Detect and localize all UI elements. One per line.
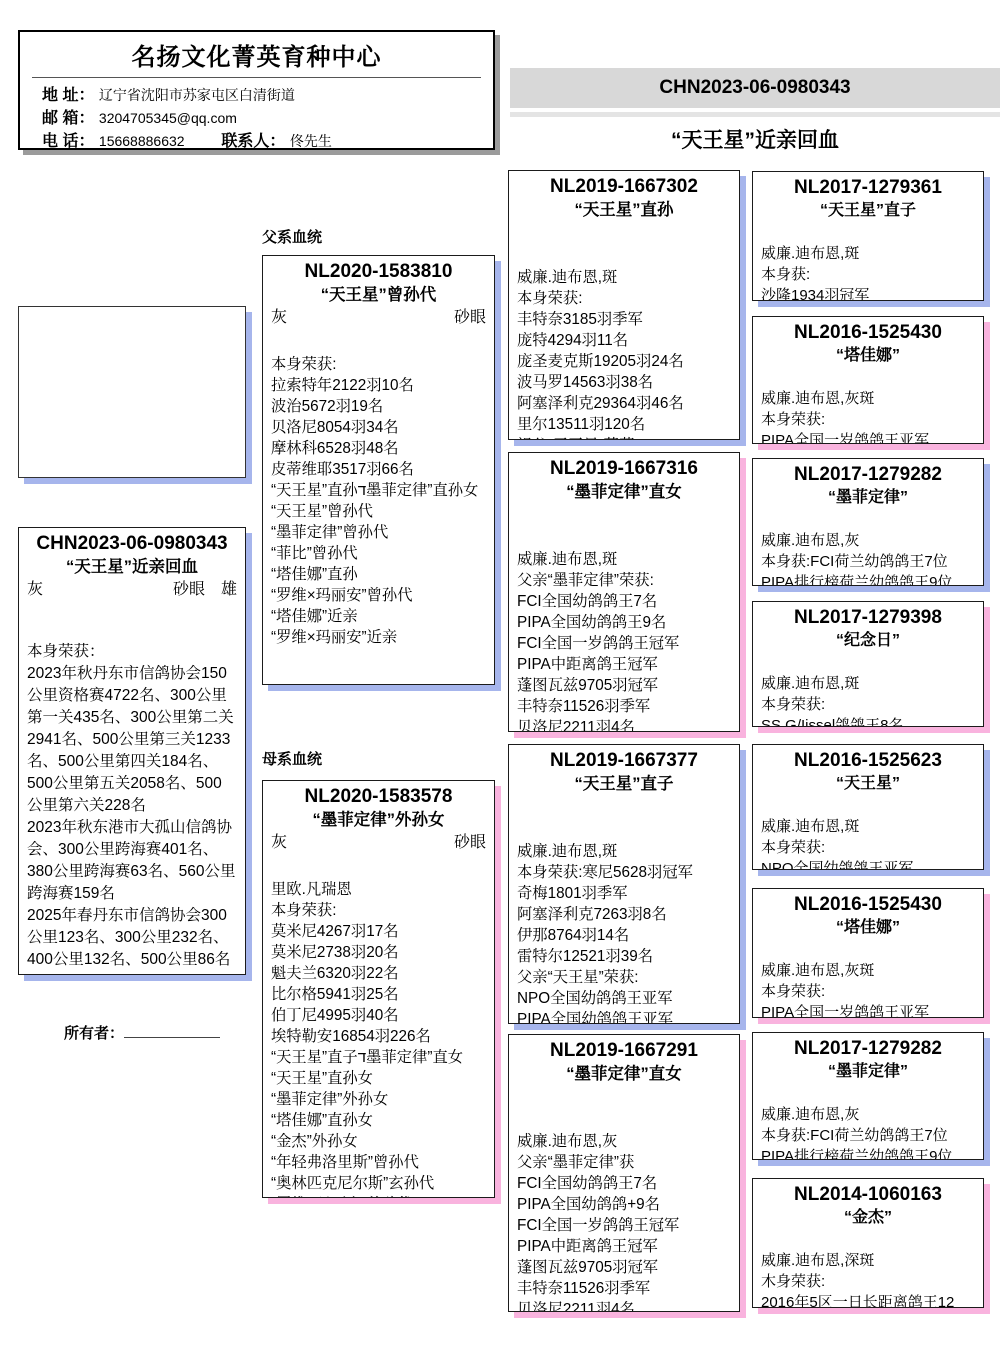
pedigree-line: 本身荣获: <box>271 354 486 375</box>
pedigree-line: PIPA全国一岁鸽鸽王亚军 <box>761 1002 975 1018</box>
pedigree-line: 本身获:FCI荷兰幼鸽鸽王7位 <box>761 1125 975 1146</box>
pedigree-box-great_grandparents-0: NL2017-1279361 “天王星”直子 威廉.迪布恩,斑本身获:沙隆193… <box>752 171 984 301</box>
achievements: 威廉.迪布恩,斑本身荣获:SS.G/Ijssel鸽鸽王8名 <box>761 673 975 727</box>
achievements: 威廉.迪布恩,灰父亲“墨菲定律”获FCI全国幼鸽鸽王7名PIPA全国幼鸽鸽+9名… <box>517 1131 731 1312</box>
pedigree-line: 本身荣获： <box>27 641 237 663</box>
loft-title: 名扬文化菁英育种中心 <box>20 32 493 72</box>
contact-label: 联系人： <box>221 133 285 150</box>
pedigree-line: 丰特奈3185羽季军 <box>517 309 731 330</box>
pedigree-box-father: NL2020-1583810 “天王星”曾孙代 灰 砂眼 本身荣获:拉索特年21… <box>262 255 495 685</box>
pedigree-line: 本身荣获: <box>761 981 975 1002</box>
pedigree-box-great_grandparents-3: NL2017-1279398 “纪念日” 威廉.迪布恩,斑本身荣获:SS.G/I… <box>752 601 984 727</box>
pedigree-line: 贝洛尼2211羽4名 <box>517 1299 731 1312</box>
pedigree-line: 阿塞泽利克29364羽46名 <box>517 393 731 414</box>
pedigree-line: 本身荣获:寒尼5628羽冠军 <box>517 862 731 883</box>
achievements: 威廉.迪布恩,深斑木身荣获:2016年5区一日长距离鸽王12 <box>761 1250 975 1308</box>
pedigree-line: 庞圣麦克斯19205羽24名 <box>517 351 731 372</box>
pedigree-line: 伊那8764羽14名 <box>517 925 731 946</box>
pedigree-line: 奇梅1801羽季军 <box>517 883 731 904</box>
achievements: 威廉.迪布恩,斑本身荣获:丰特奈3185羽季军庞特4294羽11名庞圣麦克斯19… <box>517 267 731 440</box>
paternal-branch-label: 父系血统 <box>262 226 322 247</box>
ring-number: NL2014-1060163 <box>761 1183 975 1207</box>
bird-name: “天王星”直子 <box>761 200 975 222</box>
pedigree-box-great_grandparents-7: NL2014-1060163 “金杰” 威廉.迪布恩,深斑木身荣获:2016年5… <box>752 1178 984 1308</box>
pedigree-box-mother: NL2020-1583578 “墨菲定律”外孙女 灰 砂眼 里欧.凡瑞恩本身荣获… <box>262 780 495 1198</box>
pedigree-line: 父亲“墨菲定律”荣获: <box>517 570 731 591</box>
pedigree-line: 木身荣获: <box>761 1271 975 1292</box>
pedigree-line: “年轻弗洛里斯”曾孙代 <box>271 1152 486 1173</box>
address-row: 地 址： 辽宁省沈阳市苏家屯区白清街道 <box>20 84 493 107</box>
pedigree-line: 莫米尼2738羽20名 <box>271 942 486 963</box>
achievements: 威廉.迪布恩,斑本身荣获:NPO全国幼鸽鸽王亚军 <box>761 816 975 870</box>
email-value: 3204705345@qq.com <box>99 110 237 126</box>
pedigree-line: 沙隆1934羽冠军 <box>761 285 975 301</box>
pedigree-line: 本身获:FCI荷兰幼鸽鸽王7位 <box>761 551 975 572</box>
pedigree-line: 本身获: <box>761 264 975 285</box>
ring-number: CHN2023-06-0980343 <box>27 532 237 556</box>
pedigree-line: 父亲“墨菲定律”获 <box>517 1152 731 1173</box>
pedigree-line: 本身荣获: <box>761 837 975 858</box>
pedigree-line: 伯丁尼4995羽40名 <box>271 1005 486 1026</box>
ring-number: NL2020-1583810 <box>271 260 486 284</box>
pedigree-line: 摩林科6528羽48名 <box>271 438 486 459</box>
pedigree-line: “塔佳娜”直孙女 <box>271 1110 486 1131</box>
pedigree-line: “塔佳娜”直孙 <box>271 564 486 585</box>
pedigree-line: “墨菲定律”曾孙代 <box>271 522 486 543</box>
ring-number: NL2017-1279398 <box>761 606 975 630</box>
pedigree-line: PIPA全国幼鸽鸽王亚军 <box>517 1009 731 1024</box>
pedigree-line: 莫米尼4267羽17名 <box>271 921 486 942</box>
phone-value: 15668886632 <box>99 130 217 153</box>
pedigree-line: 庞特4294羽11名 <box>517 330 731 351</box>
pedigree-line: “菲比”曾孙代 <box>271 543 486 564</box>
pedigree-line: “塔佳娜”近亲 <box>271 606 486 627</box>
bird-name: “塔佳娜” <box>761 917 975 939</box>
pedigree-line: 本身荣获: <box>271 900 486 921</box>
pedigree-line: 魁夫兰6320羽22名 <box>271 963 486 984</box>
pedigree-box-subject: CHN2023-06-0980343 “天王星”近亲回血 灰 砂眼 雄 本身荣获… <box>18 527 246 975</box>
pedigree-line: 威廉.迪布恩,灰 <box>761 1104 975 1125</box>
pedigree-box-grandparents-3: NL2019-1667291 “墨菲定律”直女 威廉.迪布恩,灰父亲“墨菲定律”… <box>508 1034 740 1312</box>
pedigree-line: 威廉.迪布恩,深斑 <box>761 1250 975 1271</box>
feather-color: 灰 <box>271 832 287 854</box>
pedigree-line: PIPA全国幼鸽鸽王9名 <box>517 612 731 633</box>
pedigree-line: 拉索特年2122羽10名 <box>271 375 486 396</box>
ring-number-bar: CHN2023-06-0980343 <box>510 68 1000 108</box>
pedigree-line: SS.G/Ijssel鸽鸽王8名 <box>761 715 975 727</box>
eye-color: 砂眼 雄 <box>173 579 237 601</box>
pedigree-line: 威廉.迪布恩,斑 <box>761 673 975 694</box>
photo-placeholder <box>18 306 246 478</box>
ring-number: NL2017-1279282 <box>761 1037 975 1061</box>
pedigree-box-grandparents-1: NL2019-1667316 “墨菲定律”直女 威廉.迪布恩,斑父亲“墨菲定律”… <box>508 452 740 732</box>
owner-label: 所有者： <box>64 1025 124 1042</box>
bird-name: “墨菲定律” <box>761 1061 975 1083</box>
email-label: 邮 箱： <box>42 110 94 127</box>
pedigree-line: 本身荣获: <box>517 288 731 309</box>
loft-header: 名扬文化菁英育种中心 地 址： 辽宁省沈阳市苏家屯区白清街道 邮 箱： 3204… <box>18 30 495 150</box>
achievements: 里欧.凡瑞恩本身荣获:莫米尼4267羽17名莫米尼2738羽20名魁夫兰6320… <box>271 879 486 1198</box>
pedigree-line: 威廉.迪布恩,灰 <box>761 530 975 551</box>
pedigree-line: 父亲“天王星”荣获: <box>517 967 731 988</box>
pedigree-line: 威廉.迪布恩,斑 <box>517 841 731 862</box>
pedigree-line: PIPA排行榜荷兰幼鸽鸽王9位 <box>761 1146 975 1160</box>
pedigree-line: PIPA中距离鸽王冠军 <box>517 654 731 675</box>
bird-name: “天王星” <box>761 773 975 795</box>
phone-label: 电 话： <box>42 133 94 150</box>
address-value: 辽宁省沈阳市苏家屯区白清街道 <box>99 87 295 103</box>
pedigree-line: 威廉.迪布恩,斑 <box>517 267 731 288</box>
bird-name: “墨菲定律” <box>761 487 975 509</box>
pedigree-line: 2016年5区一日长距离鸽王12 <box>761 1292 975 1308</box>
pedigree-line: 丰特奈11526羽季军 <box>517 1278 731 1299</box>
achievements: 本身荣获:拉索特年2122羽10名波治5672羽19名贝洛尼8054羽34名摩林… <box>271 354 486 648</box>
pedigree-line: 里欧.凡瑞恩 <box>271 879 486 900</box>
ring-number: NL2017-1279361 <box>761 176 975 200</box>
pedigree-line: NPO全国幼鸽鸽王亚军 <box>761 858 975 870</box>
pedigree-line: 祖父“天王星”荣获: <box>517 435 731 440</box>
pedigree-line: 威廉.迪布恩,斑 <box>761 243 975 264</box>
pedigree-line: 本身荣获: <box>761 409 975 430</box>
pedigree-line: FCI全国一岁鸽鸽王冠军 <box>517 633 731 654</box>
color-eye-row: 灰 砂眼 <box>271 307 486 329</box>
bird-name: “金杰” <box>761 1207 975 1229</box>
pedigree-box-great_grandparents-4: NL2016-1525623 “天王星” 威廉.迪布恩,斑本身荣获:NPO全国幼… <box>752 744 984 870</box>
ring-number: NL2019-1667302 <box>517 175 731 199</box>
achievements: 威廉.迪布恩,斑本身获:沙隆1934羽冠军 <box>761 243 975 301</box>
pedigree-line: PIPA排行榜荷兰幼鸽鸽王9位 <box>761 572 975 586</box>
achievements: 本身荣获：2023年秋丹东市信鸽协会150公里资格赛4722名、300公里第一关… <box>27 641 237 971</box>
pedigree-line: 比尔格5941羽25名 <box>271 984 486 1005</box>
pedigree-line: “罗维×玛丽安”曾孙代 <box>271 1194 486 1198</box>
pedigree-line: “天王星”直子ד墨菲定律”直女 <box>271 1047 486 1068</box>
pedigree-line: 本身荣获: <box>761 694 975 715</box>
pedigree-line: 里尔13511羽120名 <box>517 414 731 435</box>
ring-number: NL2019-1667291 <box>517 1039 731 1063</box>
pedigree-line: FCI全国一岁鸽鸽王冠军 <box>517 1215 731 1236</box>
pedigree-line: 2023年秋东港市大孤山信鸽协会、300公里跨海赛401名、380公里跨海赛63… <box>27 817 237 905</box>
pedigree-box-great_grandparents-2: NL2017-1279282 “墨菲定律” 威廉.迪布恩,灰本身获:FCI荷兰幼… <box>752 458 984 586</box>
bird-name: “天王星”直子 <box>517 773 731 795</box>
achievements: 威廉.迪布恩,斑本身荣获:寒尼5628羽冠军奇梅1801羽季军阿塞泽利克7263… <box>517 841 731 1024</box>
pedigree-certificate: 名扬文化菁英育种中心 地 址： 辽宁省沈阳市苏家屯区白清街道 邮 箱： 3204… <box>0 0 1006 1366</box>
address-label: 地 址： <box>42 87 94 104</box>
pedigree-line: FCI全国幼鸽鸽王7名 <box>517 1173 731 1194</box>
bird-name: “塔佳娜” <box>761 345 975 367</box>
ring-number: NL2019-1667377 <box>517 749 731 773</box>
pedigree-line: 埃特勒安16854羽226名 <box>271 1026 486 1047</box>
pedigree-line: 威廉.迪布恩,灰 <box>517 1131 731 1152</box>
pedigree-line: 雷特尔12521羽39名 <box>517 946 731 967</box>
pedigree-box-great_grandparents-1: NL2016-1525430 “塔佳娜” 威廉.迪布恩,灰斑本身荣获:PIPA全… <box>752 316 984 444</box>
achievements: 威廉.迪布恩,灰本身获:FCI荷兰幼鸽鸽王7位PIPA排行榜荷兰幼鸽鸽王9位 <box>761 1104 975 1160</box>
bird-name: “天王星”直孙 <box>517 199 731 221</box>
owner-row: 所有者： <box>64 1022 220 1043</box>
owner-blank-line <box>124 1023 220 1038</box>
pedigree-box-great_grandparents-5: NL2016-1525430 “塔佳娜” 威廉.迪布恩,灰斑本身荣获:PIPA全… <box>752 888 984 1018</box>
pedigree-line: 2025年春丹东市信鸽协会300公里123名、300公里232名、400公里13… <box>27 905 237 971</box>
phone-row: 电 话： 15668886632 联系人： 佟先生 <box>20 130 493 153</box>
ring-number: NL2020-1583578 <box>271 785 486 809</box>
pedigree-line: 蓬图瓦兹9705羽冠军 <box>517 675 731 696</box>
bird-name: “墨菲定律”外孙女 <box>271 809 486 831</box>
eye-color: 砂眼 <box>454 307 486 329</box>
pedigree-line: NPO全国幼鸽鸽王亚军 <box>517 988 731 1009</box>
pedigree-box-grandparents-2: NL2019-1667377 “天王星”直子 威廉.迪布恩,斑本身荣获:寒尼56… <box>508 744 740 1024</box>
achievements: 威廉.迪布恩,灰斑本身荣获:PIPA全国一岁鸽鸽王亚军 <box>761 960 975 1018</box>
pedigree-line: “金杰”外孙女 <box>271 1131 486 1152</box>
pedigree-line: PIPA全国一岁鸽鸽王亚军 <box>761 430 975 444</box>
pedigree-line: 2023年秋丹东市信鸽协会150公里资格赛4722名、300公里第一关435名、… <box>27 663 237 817</box>
pedigree-line: 皮蒂维耶3517羽66名 <box>271 459 486 480</box>
pedigree-line: “天王星”直孙ד墨菲定律”直孙女 <box>271 480 486 501</box>
bird-name: “墨菲定律”直女 <box>517 481 731 503</box>
pedigree-line: 贝洛尼2211羽4名 <box>517 717 731 732</box>
color-eye-row: 灰 砂眼 <box>271 832 486 854</box>
pedigree-line: “罗维×玛丽安”曾孙代 <box>271 585 486 606</box>
pedigree-box-grandparents-0: NL2019-1667302 “天王星”直孙 威廉.迪布恩,斑本身荣获:丰特奈3… <box>508 170 740 440</box>
eye-color: 砂眼 <box>454 832 486 854</box>
ring-number: NL2016-1525430 <box>761 321 975 345</box>
bird-name: “墨菲定律”直女 <box>517 1063 731 1085</box>
contact-value: 佟先生 <box>290 133 332 149</box>
pedigree-line: 威廉.迪布恩,灰斑 <box>761 388 975 409</box>
ring-number: NL2016-1525623 <box>761 749 975 773</box>
pedigree-box-great_grandparents-6: NL2017-1279282 “墨菲定律” 威廉.迪布恩,灰本身获:FCI荷兰幼… <box>752 1032 984 1160</box>
achievements: 威廉.迪布恩,斑父亲“墨菲定律”荣获:FCI全国幼鸽鸽王7名PIPA全国幼鸽鸽王… <box>517 549 731 732</box>
ring-number: NL2019-1667316 <box>517 457 731 481</box>
pedigree-line: “罗维×玛丽安”近亲 <box>271 627 486 648</box>
achievements: 威廉.迪布恩,灰本身获:FCI荷兰幼鸽鸽王7位PIPA排行榜荷兰幼鸽鸽王9位 <box>761 530 975 586</box>
pedigree-line: “天王星”曾孙代 <box>271 501 486 522</box>
bird-name: “纪念日” <box>761 630 975 652</box>
pedigree-line: 丰特奈11526羽季军 <box>517 696 731 717</box>
pedigree-line: 威廉.迪布恩,斑 <box>761 816 975 837</box>
bird-name: “天王星”近亲回血 <box>27 556 237 578</box>
ring-bar-strip <box>510 112 1000 117</box>
pedigree-line: “奥林匹克尼尔斯”玄孙代 <box>271 1173 486 1194</box>
pedigree-subtitle: “天王星”近亲回血 <box>510 124 1000 154</box>
ring-number: NL2016-1525430 <box>761 893 975 917</box>
pedigree-line: 波马罗14563羽38名 <box>517 372 731 393</box>
pedigree-line: “天王星”直孙女 <box>271 1068 486 1089</box>
pedigree-line: 贝洛尼8054羽34名 <box>271 417 486 438</box>
pedigree-line: 威廉.迪布恩,斑 <box>517 549 731 570</box>
achievements: 威廉.迪布恩,灰斑本身荣获:PIPA全国一岁鸽鸽王亚军 <box>761 388 975 444</box>
pedigree-line: “墨菲定律”外孙女 <box>271 1089 486 1110</box>
header-divider <box>32 77 481 78</box>
pedigree-line: 波治5672羽19名 <box>271 396 486 417</box>
feather-color: 灰 <box>271 307 287 329</box>
feather-color: 灰 <box>27 579 43 601</box>
pedigree-line: 蓬图瓦兹9705羽冠军 <box>517 1257 731 1278</box>
pedigree-line: 威廉.迪布恩,灰斑 <box>761 960 975 981</box>
pedigree-line: 阿塞泽利克7263羽8名 <box>517 904 731 925</box>
maternal-branch-label: 母系血统 <box>262 748 322 769</box>
pedigree-line: FCI全国幼鸽鸽王7名 <box>517 591 731 612</box>
pedigree-line: PIPA中距离鸽王冠军 <box>517 1236 731 1257</box>
pedigree-line: PIPA全国幼鸽鸽+9名 <box>517 1194 731 1215</box>
ring-number: NL2017-1279282 <box>761 463 975 487</box>
color-eye-row: 灰 砂眼 雄 <box>27 579 237 601</box>
bird-name: “天王星”曾孙代 <box>271 284 486 306</box>
email-row: 邮 箱： 3204705345@qq.com <box>20 107 493 130</box>
